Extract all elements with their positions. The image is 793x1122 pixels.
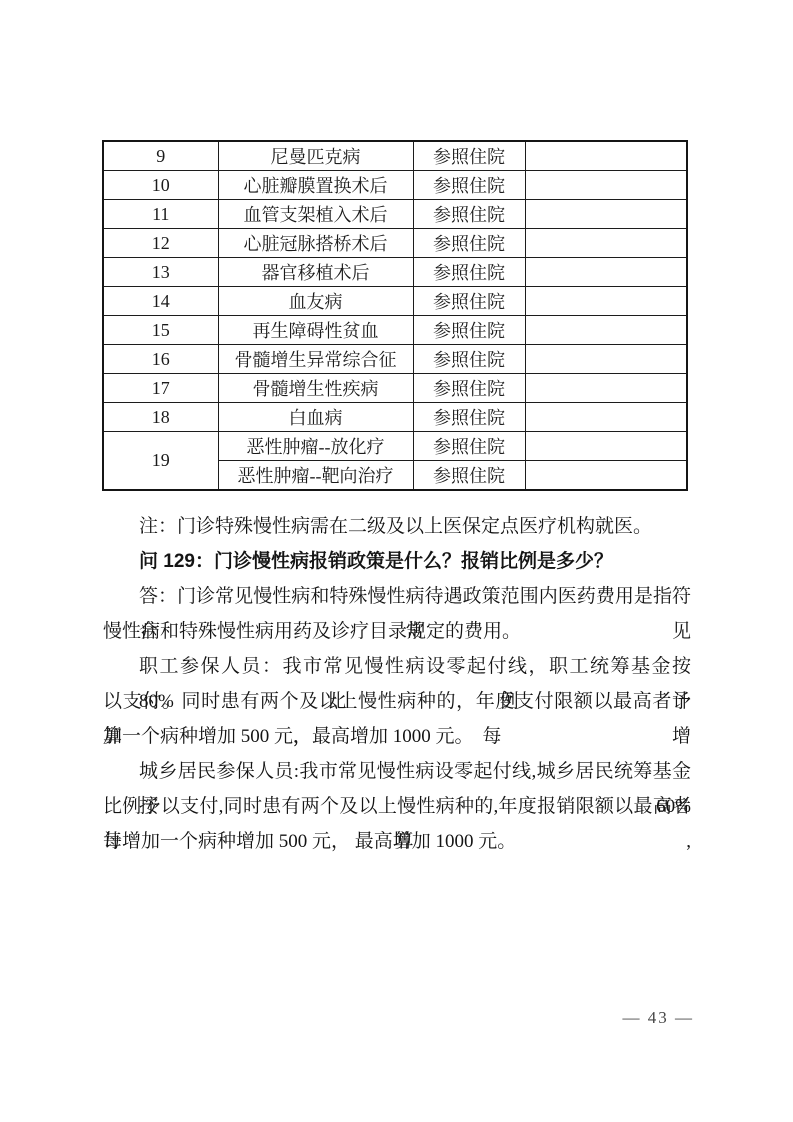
cell-disease-name: 血友病: [218, 287, 413, 316]
cell-remark: [525, 403, 687, 432]
cell-row-number: 10: [103, 171, 218, 200]
page-number: — 43 —: [623, 1008, 695, 1028]
cell-policy: 参照住院: [413, 258, 525, 287]
cell-row-number: 9: [103, 141, 218, 171]
table-row: 12心脏冠脉搭桥术后参照住院: [103, 229, 687, 258]
text-line: 比例予以支付,同时患有两个及以上慢性病种的,年度报销限额以最高者计算,: [103, 789, 691, 824]
table-row: 16骨髓增生异常综合征参照住院: [103, 345, 687, 374]
cell-disease-name: 恶性肿瘤--放化疗: [218, 432, 413, 461]
table-row: 19恶性肿瘤--放化疗参照住院: [103, 432, 687, 461]
text-line: 城乡居民参保人员:我市常见慢性病设零起付线,城乡居民统筹基金按 60%: [103, 754, 691, 789]
cell-disease-name: 尼曼匹克病: [218, 141, 413, 171]
cell-disease-name: 心脏瓣膜置换术后: [218, 171, 413, 200]
table-body: 9尼曼匹克病参照住院10心脏瓣膜置换术后参照住院11血管支架植入术后参照住院12…: [103, 141, 687, 490]
cell-row-number: 15: [103, 316, 218, 345]
cell-disease-name: 恶性肿瘤--靶向治疗: [218, 461, 413, 491]
cell-disease-name: 再生障碍性贫血: [218, 316, 413, 345]
cell-disease-name: 器官移植术后: [218, 258, 413, 287]
table-row: 15再生障碍性贫血参照住院: [103, 316, 687, 345]
cell-policy: 参照住院: [413, 229, 525, 258]
cell-remark: [525, 432, 687, 461]
table-row: 17骨髓增生性疾病参照住院: [103, 374, 687, 403]
cell-policy: 参照住院: [413, 316, 525, 345]
question-line: 问 129：门诊慢性病报销政策是什么？报销比例是多少？: [103, 544, 691, 579]
document-page: 9尼曼匹克病参照住院10心脏瓣膜置换术后参照住院11血管支架植入术后参照住院12…: [0, 0, 793, 1122]
cell-row-number: 17: [103, 374, 218, 403]
text-line: 答：门诊常见慢性病和特殊慢性病待遇政策范围内医药费用是指符合常见: [103, 579, 691, 614]
table-row: 10心脏瓣膜置换术后参照住院: [103, 171, 687, 200]
cell-remark: [525, 316, 687, 345]
text-line: 以支付。同时患有两个及以上慢性病种的，年度支付限额以最高者计算，每增: [103, 684, 691, 719]
cell-row-number: 11: [103, 200, 218, 229]
chronic-disease-table-wrap: 9尼曼匹克病参照住院10心脏瓣膜置换术后参照住院11血管支架植入术后参照住院12…: [102, 140, 688, 491]
cell-disease-name: 骨髓增生性疾病: [218, 374, 413, 403]
cell-row-number: 18: [103, 403, 218, 432]
cell-remark: [525, 258, 687, 287]
cell-disease-name: 血管支架植入术后: [218, 200, 413, 229]
table-row: 14血友病参照住院: [103, 287, 687, 316]
cell-remark: [525, 200, 687, 229]
table-row: 11血管支架植入术后参照住院: [103, 200, 687, 229]
cell-policy: 参照住院: [413, 432, 525, 461]
cell-row-number: 16: [103, 345, 218, 374]
cell-policy: 参照住院: [413, 287, 525, 316]
cell-remark: [525, 461, 687, 491]
cell-row-number: 13: [103, 258, 218, 287]
cell-remark: [525, 345, 687, 374]
cell-disease-name: 心脏冠脉搭桥术后: [218, 229, 413, 258]
cell-remark: [525, 171, 687, 200]
cell-disease-name: 骨髓增生异常综合征: [218, 345, 413, 374]
cell-row-number: 12: [103, 229, 218, 258]
cell-policy: 参照住院: [413, 374, 525, 403]
chronic-disease-table: 9尼曼匹克病参照住院10心脏瓣膜置换术后参照住院11血管支架植入术后参照住院12…: [102, 140, 688, 491]
cell-remark: [525, 141, 687, 171]
cell-policy: 参照住院: [413, 345, 525, 374]
cell-policy: 参照住院: [413, 171, 525, 200]
table-row: 9尼曼匹克病参照住院: [103, 141, 687, 171]
cell-policy: 参照住院: [413, 461, 525, 491]
cell-remark: [525, 229, 687, 258]
cell-remark: [525, 287, 687, 316]
text-line: 注：门诊特殊慢性病需在二级及以上医保定点医疗机构就医。: [103, 509, 691, 544]
cell-policy: 参照住院: [413, 200, 525, 229]
text-line: 职工参保人员：我市常见慢性病设零起付线，职工统筹基金按 80%比例予: [103, 649, 691, 684]
table-row: 13器官移植术后参照住院: [103, 258, 687, 287]
cell-row-number: 14: [103, 287, 218, 316]
table-row: 18白血病参照住院: [103, 403, 687, 432]
cell-policy: 参照住院: [413, 403, 525, 432]
text-block: 注：门诊特殊慢性病需在二级及以上医保定点医疗机构就医。问 129：门诊慢性病报销…: [103, 509, 691, 859]
cell-remark: [525, 374, 687, 403]
cell-disease-name: 白血病: [218, 403, 413, 432]
cell-row-number: 19: [103, 432, 218, 491]
cell-policy: 参照住院: [413, 141, 525, 171]
